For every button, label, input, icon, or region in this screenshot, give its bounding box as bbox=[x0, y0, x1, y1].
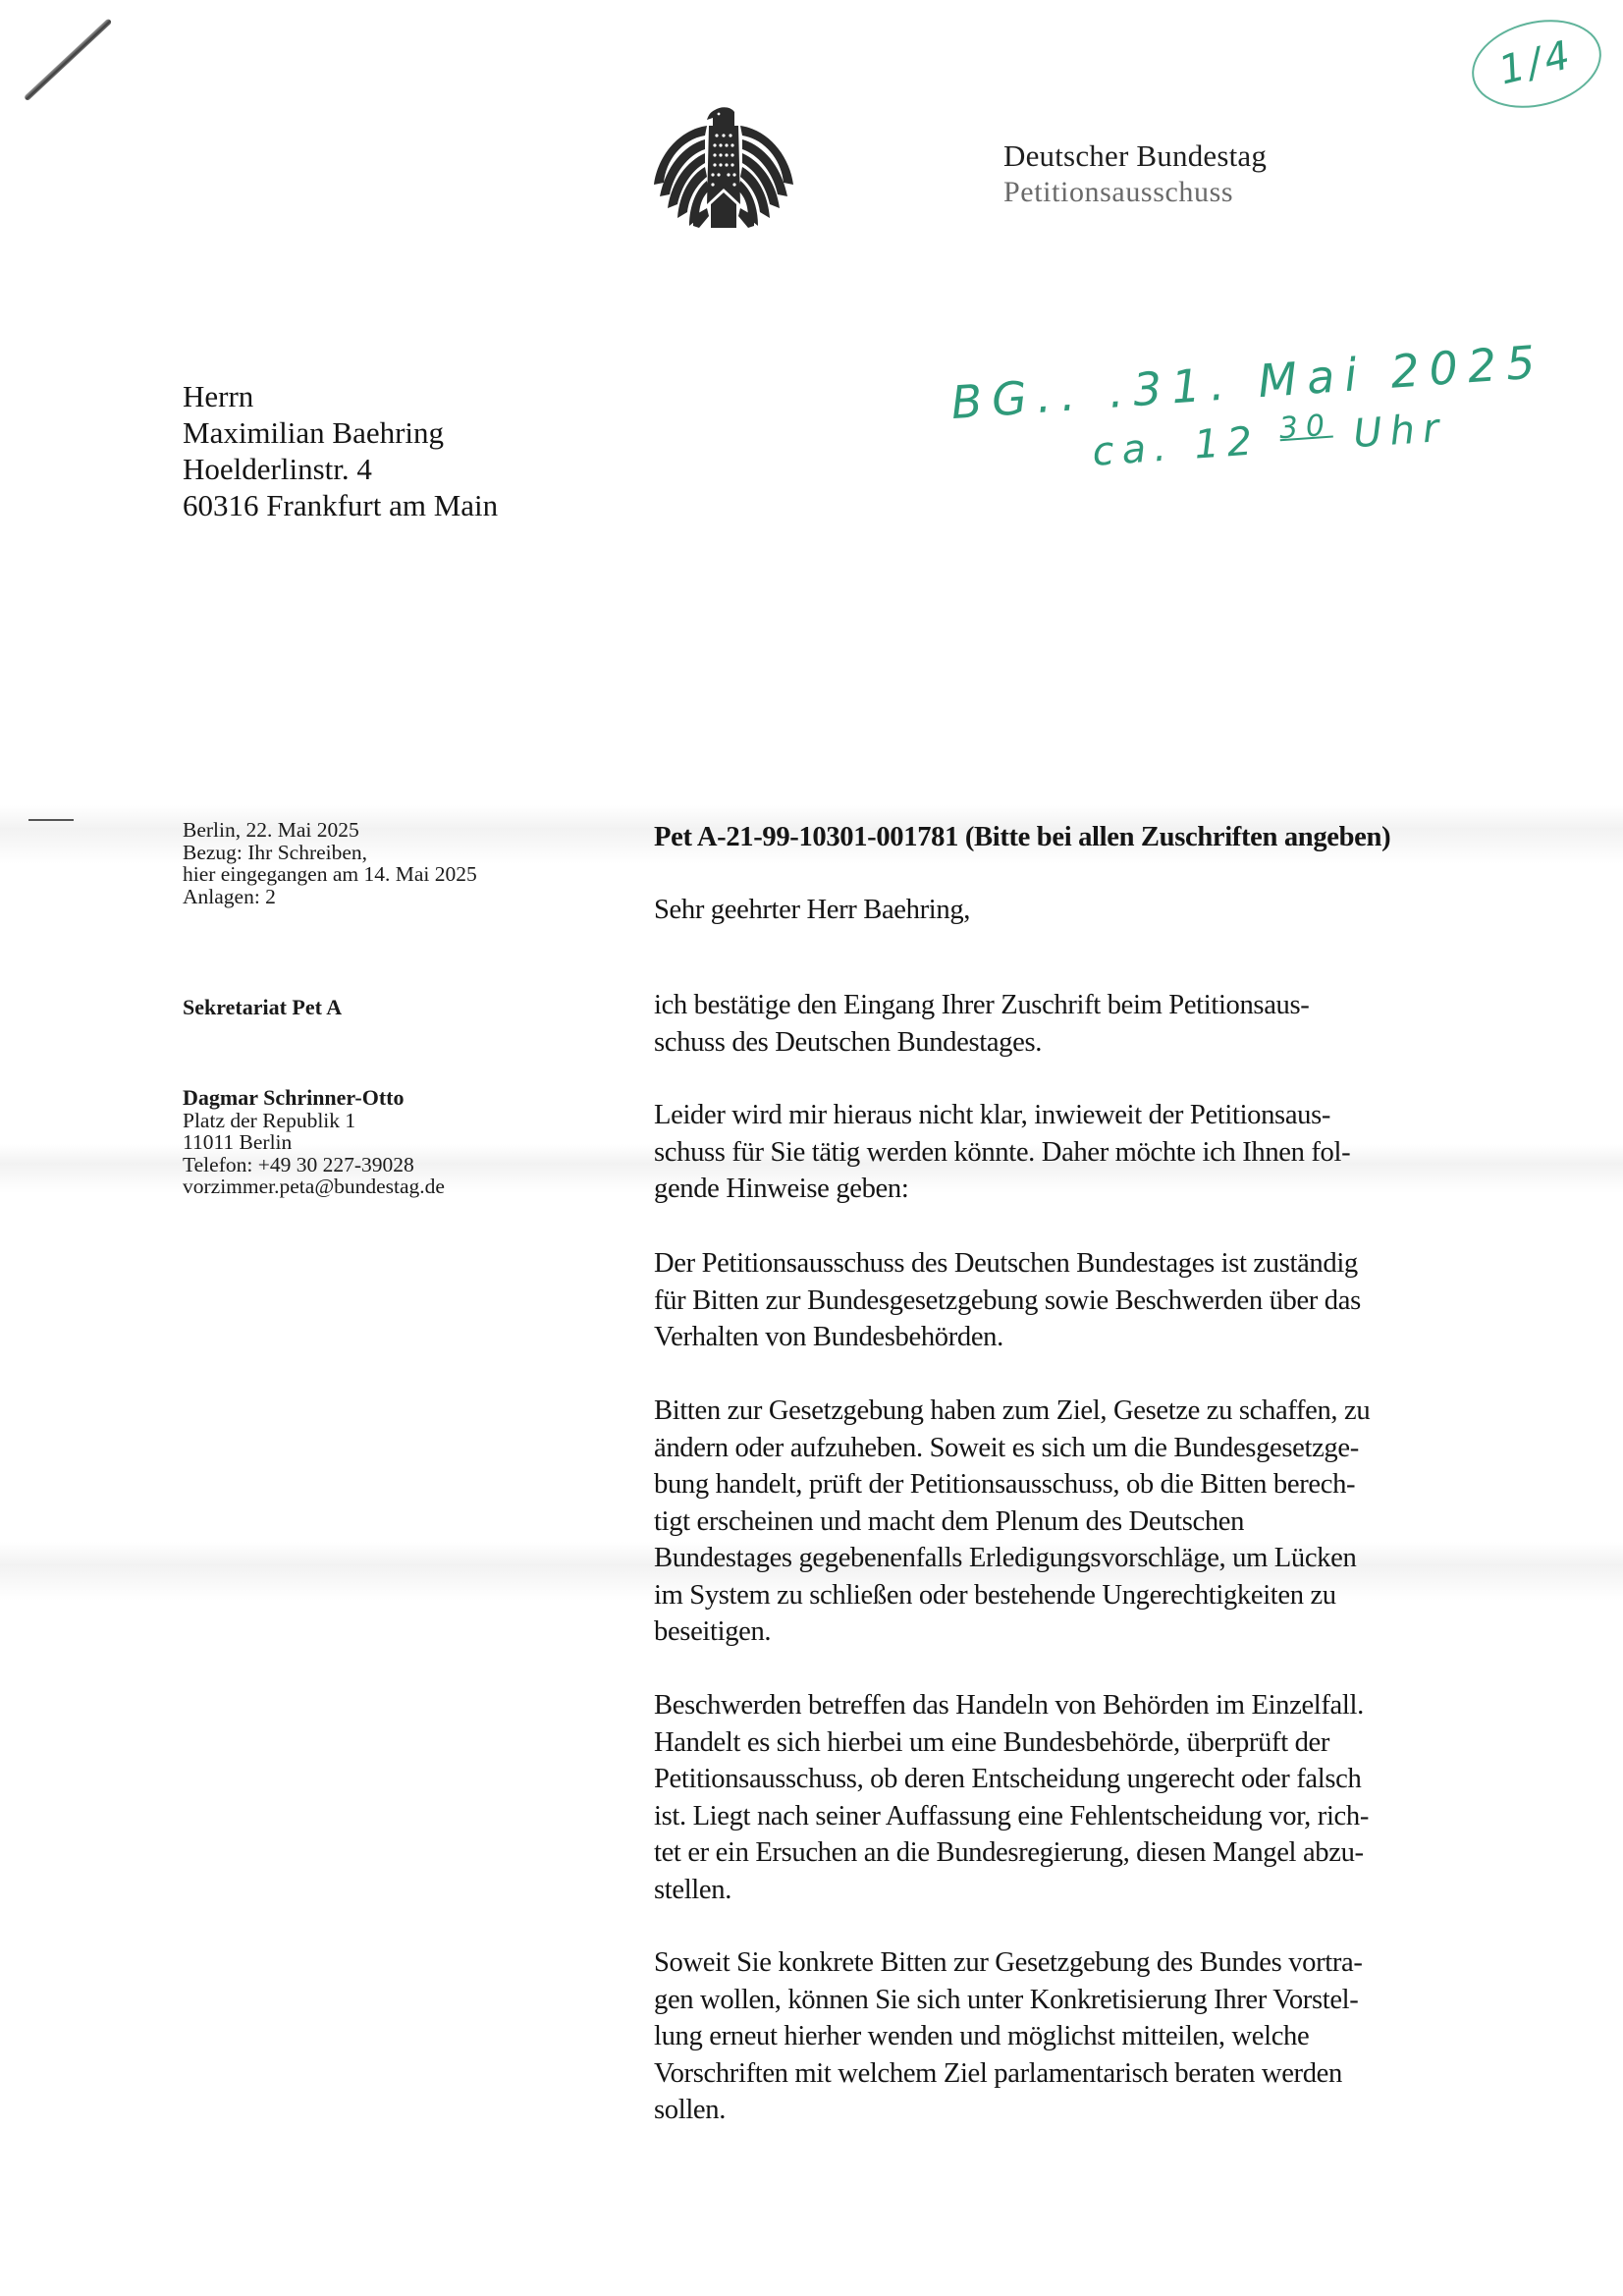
paragraph-line: schuss des Deutschen Bundestages. bbox=[654, 1024, 1309, 1062]
paragraph-line: gende Hinweise geben: bbox=[654, 1171, 1350, 1208]
letter-meta: Berlin, 22. Mai 2025 Bezug: Ihr Schreibe… bbox=[183, 819, 477, 907]
letter-paragraph: Beschwerden betreffen das Handeln von Be… bbox=[654, 1687, 1369, 1908]
letter-reference-label: Bezug: Ihr Schreiben, bbox=[183, 842, 477, 864]
paragraph-line: Bundestages gegebenenfalls Erledigungsvo… bbox=[654, 1540, 1370, 1577]
paragraph-line: Vorschriften mit welchem Ziel parlamenta… bbox=[654, 2055, 1363, 2093]
fold-mark bbox=[28, 819, 74, 821]
office-name: Sekretariat Pet A bbox=[183, 997, 342, 1019]
handwritten-time-prefix: ca. 12 bbox=[1091, 418, 1262, 475]
greeting: Sehr geehrter Herr Baehring, bbox=[654, 892, 1572, 929]
paragraph-line: bung handelt, prüft der Petitionsausschu… bbox=[654, 1466, 1370, 1503]
letter-attachments: Anlagen: 2 bbox=[183, 886, 477, 908]
letterhead: Deutscher Bundestag Petitionsausschuss bbox=[1003, 137, 1267, 210]
recipient-address: Herrn Maximilian Baehring Hoelderlinstr.… bbox=[183, 378, 498, 523]
paragraph-line: Leider wird mir hieraus nicht klar, inwi… bbox=[654, 1097, 1350, 1134]
handwritten-page-number: 1/4 bbox=[1463, 7, 1611, 121]
letter-paragraph: Bitten zur Gesetzgebung haben zum Ziel, … bbox=[654, 1393, 1370, 1651]
paragraph-line: für Bitten zur Bundesgesetzgebung sowie … bbox=[654, 1283, 1361, 1320]
paragraph-line: gen wollen, können Sie sich unter Konkre… bbox=[654, 1982, 1363, 2019]
organization-name: Deutscher Bundestag bbox=[1003, 137, 1267, 175]
letter-paragraph: Soweit Sie konkrete Bitten zur Gesetzgeb… bbox=[654, 1944, 1363, 2129]
paragraph-line: Verhalten von Bundesbehörden. bbox=[654, 1319, 1361, 1356]
contact-phone: Telefon: +49 30 227-39028 bbox=[183, 1154, 445, 1176]
paragraph-line: ist. Liegt nach seiner Auffassung eine F… bbox=[654, 1798, 1369, 1835]
paragraph-line: Petitionsausschuss, ob deren Entscheidun… bbox=[654, 1761, 1369, 1798]
paragraph-line: lung erneut hierher wenden und möglichst… bbox=[654, 2018, 1363, 2055]
paragraph-line: Der Petitionsausschuss des Deutschen Bun… bbox=[654, 1245, 1361, 1283]
paragraph-line: ändern oder aufzuheben. Soweit es sich u… bbox=[654, 1430, 1370, 1467]
pen-mark bbox=[24, 18, 112, 101]
contact-block: Dagmar Schrinner-Otto Platz der Republik… bbox=[183, 1087, 445, 1198]
recipient-city: 60316 Frankfurt am Main bbox=[183, 487, 498, 523]
paragraph-line: schuss für Sie tätig werden könnte. Dahe… bbox=[654, 1134, 1350, 1172]
handwritten-time-suffix: Uhr bbox=[1352, 406, 1448, 458]
paragraph-line: tigt erscheinen und macht dem Plenum des… bbox=[654, 1503, 1370, 1541]
letter-paragraph: ich bestätige den Eingang Ihrer Zuschrif… bbox=[654, 987, 1309, 1061]
contact-street: Platz der Republik 1 bbox=[183, 1110, 445, 1132]
letter-paragraph: Leider wird mir hieraus nicht klar, inwi… bbox=[654, 1097, 1350, 1208]
petition-reference: Pet A-21-99-10301-001781 (Bitte bei alle… bbox=[654, 819, 1572, 856]
recipient-salutation: Herrn bbox=[183, 378, 498, 414]
contact-name: Dagmar Schrinner-Otto bbox=[183, 1087, 445, 1110]
paragraph-line: beseitigen. bbox=[654, 1613, 1370, 1651]
paragraph-line: Bitten zur Gesetzgebung haben zum Ziel, … bbox=[654, 1393, 1370, 1430]
letter-received-date: hier eingegangen am 14. Mai 2025 bbox=[183, 863, 477, 886]
handwritten-time-minutes: 30 bbox=[1278, 409, 1333, 447]
department-name: Petitionsausschuss bbox=[1003, 175, 1267, 210]
recipient-street: Hoelderlinstr. 4 bbox=[183, 451, 498, 487]
contact-email: vorzimmer.peta@bundestag.de bbox=[183, 1175, 445, 1198]
paragraph-line: Soweit Sie konkrete Bitten zur Gesetzgeb… bbox=[654, 1944, 1363, 1982]
letter-date: Berlin, 22. Mai 2025 bbox=[183, 819, 477, 842]
letter-paragraph: Der Petitionsausschuss des Deutschen Bun… bbox=[654, 1245, 1361, 1356]
recipient-name: Maximilian Baehring bbox=[183, 414, 498, 451]
paragraph-line: tet er ein Ersuchen an die Bundesregieru… bbox=[654, 1834, 1369, 1872]
paragraph-line: Beschwerden betreffen das Handeln von Be… bbox=[654, 1687, 1369, 1724]
paragraph-line: im System zu schließen oder bestehende U… bbox=[654, 1577, 1370, 1614]
paragraph-line: stellen. bbox=[654, 1872, 1369, 1909]
contact-city: 11011 Berlin bbox=[183, 1131, 445, 1154]
paragraph-line: sollen. bbox=[654, 2092, 1363, 2129]
paragraph-line: Handelt es sich hierbei um eine Bundesbe… bbox=[654, 1724, 1369, 1762]
bundesadler-eagle-icon bbox=[650, 106, 797, 236]
paragraph-line: ich bestätige den Eingang Ihrer Zuschrif… bbox=[654, 987, 1309, 1024]
